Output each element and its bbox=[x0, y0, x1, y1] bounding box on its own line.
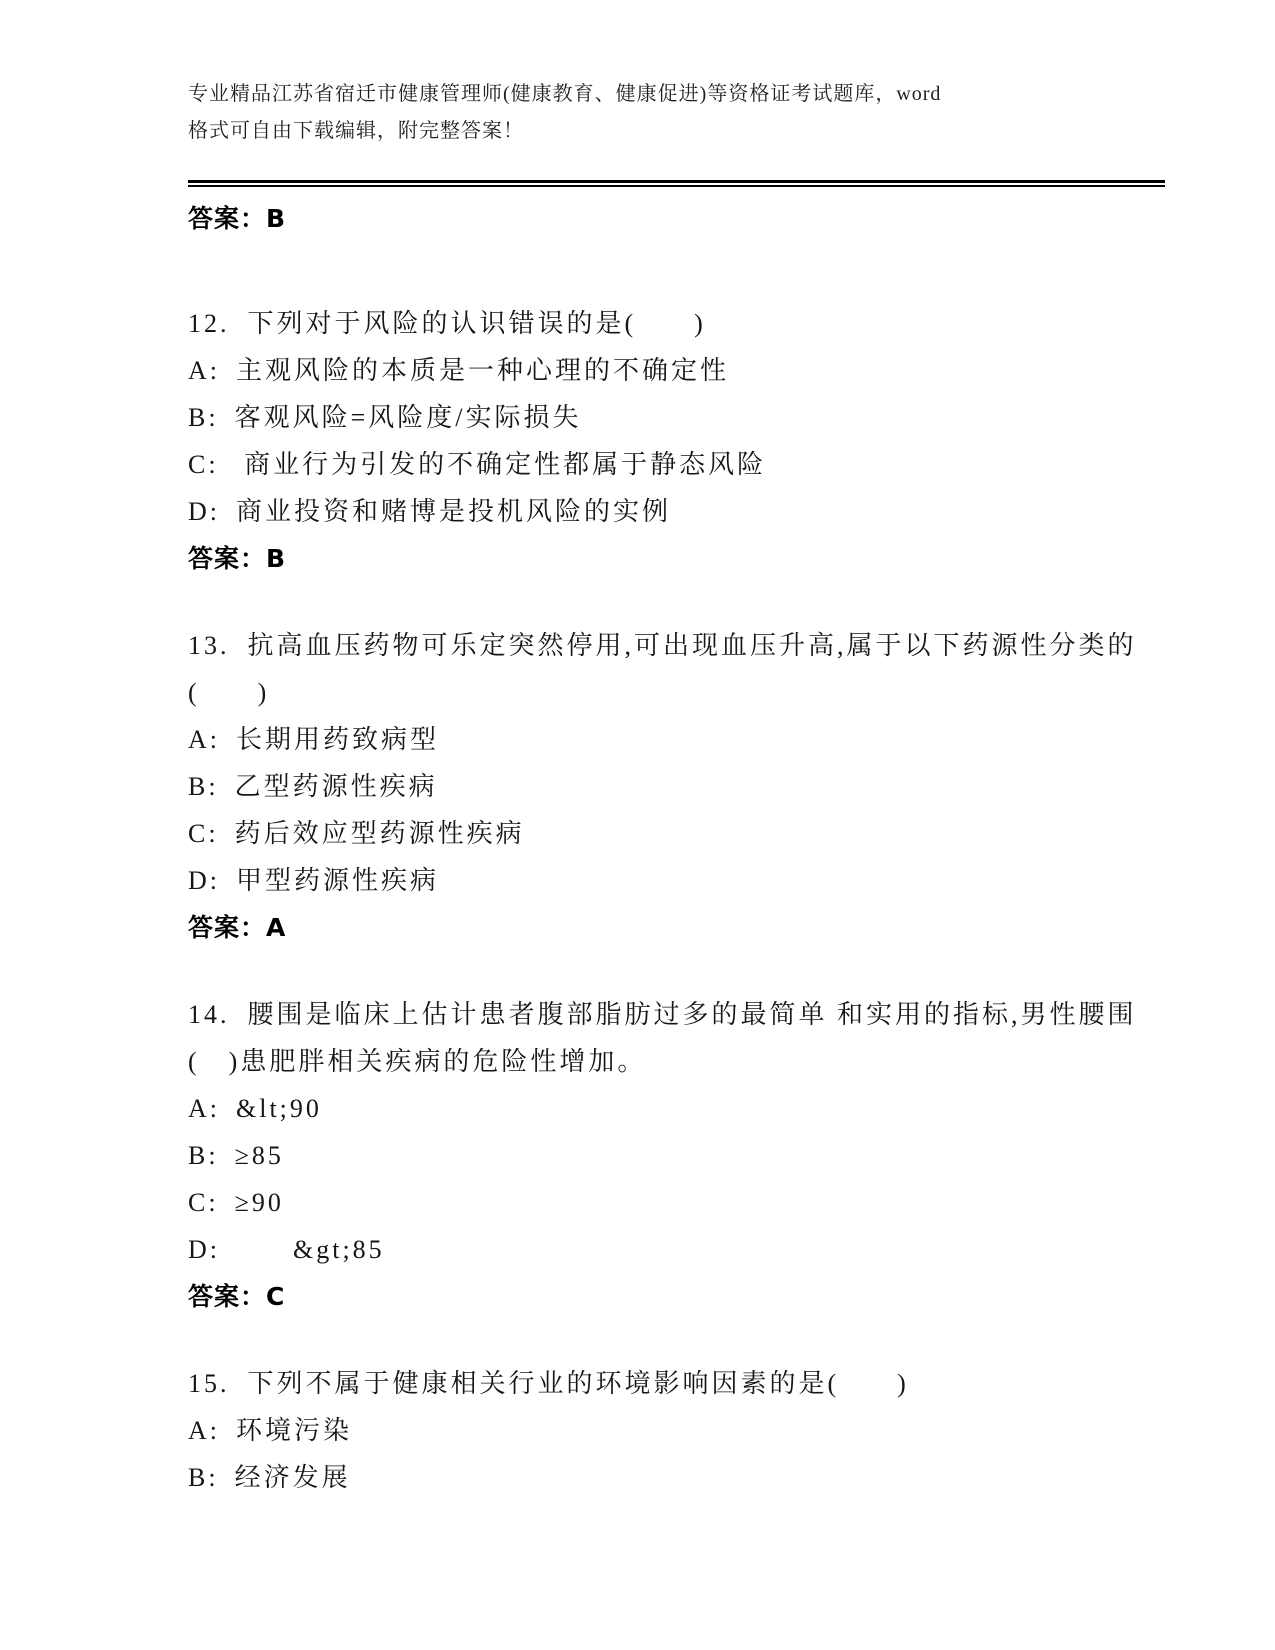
header-note: 专业精品江苏省宿迁市健康管理师(健康教育、健康促进)等资格证考试题库，word … bbox=[188, 0, 1165, 150]
option-row: D:商业投资和赌博是投机风险的实例 bbox=[188, 488, 1165, 535]
question-stem: 下列不属于健康相关行业的环境影响因素的是( ) bbox=[248, 1369, 909, 1398]
option-label: B: bbox=[188, 772, 219, 801]
option-label: A: bbox=[188, 356, 220, 385]
option-text: &gt;85 bbox=[236, 1235, 385, 1264]
option-row: D:甲型药源性疾病 bbox=[188, 857, 1165, 904]
question-number: 12. bbox=[188, 309, 230, 338]
header-line-2: 格式可自由下载编辑，附完整答案！ bbox=[188, 113, 1165, 150]
question-text: 15.下列不属于健康相关行业的环境影响因素的是( ) bbox=[188, 1360, 1165, 1407]
previous-question-answer: 答案：B bbox=[188, 195, 1165, 242]
option-label: B: bbox=[188, 1463, 219, 1492]
option-label: D: bbox=[188, 1235, 220, 1264]
header-divider bbox=[188, 180, 1165, 187]
question-number: 14. bbox=[188, 1000, 230, 1029]
option-text: 主观风险的本质是一种心理的不确定性 bbox=[236, 356, 729, 385]
option-row: B:≥85 bbox=[188, 1132, 1165, 1179]
option-text: 长期用药致病型 bbox=[236, 725, 439, 754]
document-page: 专业精品江苏省宿迁市健康管理师(健康教育、健康促进)等资格证考试题库，word … bbox=[188, 0, 1165, 1501]
question-stem: 下列对于风险的认识错误的是( ) bbox=[248, 309, 706, 338]
question-text: 12.下列对于风险的认识错误的是( ) bbox=[188, 300, 1165, 347]
option-text: 商业投资和赌博是投机风险的实例 bbox=[236, 497, 671, 526]
option-text: 客观风险=风险度/实际损失 bbox=[235, 403, 582, 432]
option-label: A: bbox=[188, 1416, 220, 1445]
option-label: B: bbox=[188, 1141, 219, 1170]
option-label: A: bbox=[188, 725, 220, 754]
question-number: 13. bbox=[188, 631, 230, 660]
question-text: 13.抗高血压药物可乐定突然停用,可出现血压升高,属于以下药源性分类的( ) bbox=[188, 622, 1165, 716]
option-row: A:主观风险的本质是一种心理的不确定性 bbox=[188, 347, 1165, 394]
question-block-12: 12.下列对于风险的认识错误的是( ) A:主观风险的本质是一种心理的不确定性 … bbox=[188, 300, 1165, 582]
option-label: D: bbox=[188, 866, 220, 895]
option-row: A:长期用药致病型 bbox=[188, 716, 1165, 763]
option-text: 乙型药源性疾病 bbox=[235, 772, 438, 801]
questions-section: 12.下列对于风险的认识错误的是( ) A:主观风险的本质是一种心理的不确定性 … bbox=[188, 300, 1165, 1501]
option-label: C: bbox=[188, 450, 219, 479]
option-label: C: bbox=[188, 819, 219, 848]
question-number: 15. bbox=[188, 1369, 230, 1398]
option-row: C:≥90 bbox=[188, 1179, 1165, 1226]
question-text: 14.腰围是临床上估计患者腹部脂肪过多的最简单 和实用的指标,男性腰围( )患肥… bbox=[188, 991, 1165, 1085]
option-text: &lt;90 bbox=[236, 1094, 322, 1123]
option-label: C: bbox=[188, 1188, 219, 1217]
option-label: D: bbox=[188, 497, 220, 526]
option-row: B:经济发展 bbox=[188, 1454, 1165, 1501]
question-stem: 腰围是临床上估计患者腹部脂肪过多的最简单 和实用的指标,男性腰围( )患肥胖相关… bbox=[188, 1000, 1137, 1076]
option-row: C: 商业行为引发的不确定性都属于静态风险 bbox=[188, 441, 1165, 488]
option-text: 甲型药源性疾病 bbox=[236, 866, 439, 895]
answer-line: 答案：B bbox=[188, 535, 1165, 582]
question-block-13: 13.抗高血压药物可乐定突然停用,可出现血压升高,属于以下药源性分类的( ) A… bbox=[188, 622, 1165, 951]
question-block-15: 15.下列不属于健康相关行业的环境影响因素的是( ) A:环境污染 B:经济发展 bbox=[188, 1360, 1165, 1501]
option-row: D: &gt;85 bbox=[188, 1226, 1165, 1273]
option-label: A: bbox=[188, 1094, 220, 1123]
option-row: C:药后效应型药源性疾病 bbox=[188, 810, 1165, 857]
option-row: B:乙型药源性疾病 bbox=[188, 763, 1165, 810]
option-label: B: bbox=[188, 403, 219, 432]
option-row: A:环境污染 bbox=[188, 1407, 1165, 1454]
answer-line: 答案：C bbox=[188, 1273, 1165, 1320]
option-text: ≥90 bbox=[235, 1188, 284, 1217]
option-text: 经济发展 bbox=[235, 1463, 351, 1492]
option-text: 药后效应型药源性疾病 bbox=[235, 819, 525, 848]
answer-line: 答案：A bbox=[188, 904, 1165, 951]
option-text: 环境污染 bbox=[236, 1416, 352, 1445]
option-row: B:客观风险=风险度/实际损失 bbox=[188, 394, 1165, 441]
option-text: 商业行为引发的不确定性都属于静态风险 bbox=[235, 450, 767, 479]
question-block-14: 14.腰围是临床上估计患者腹部脂肪过多的最简单 和实用的指标,男性腰围( )患肥… bbox=[188, 991, 1165, 1320]
header-line-1: 专业精品江苏省宿迁市健康管理师(健康教育、健康促进)等资格证考试题库，word bbox=[188, 76, 1165, 113]
question-stem: 抗高血压药物可乐定突然停用,可出现血压升高,属于以下药源性分类的( ) bbox=[188, 631, 1137, 707]
option-text: ≥85 bbox=[235, 1141, 284, 1170]
option-row: A:&lt;90 bbox=[188, 1085, 1165, 1132]
